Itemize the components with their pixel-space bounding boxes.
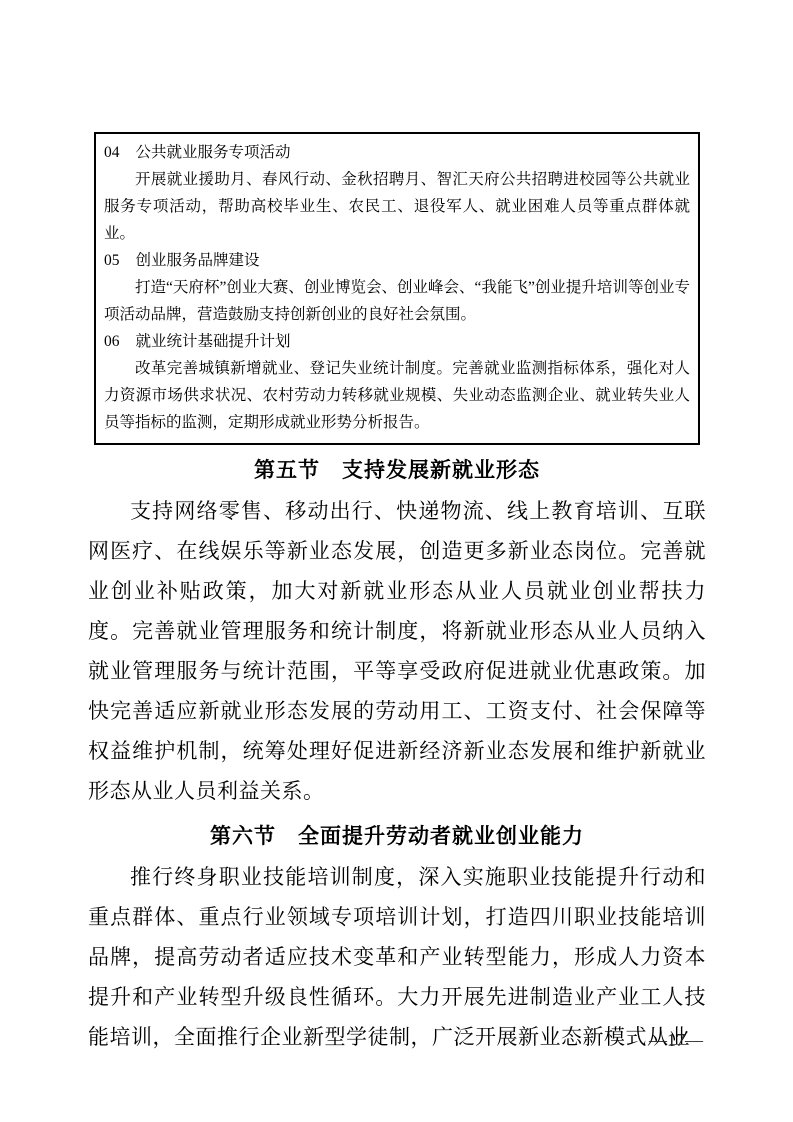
box-item-body: 改革完善城镇新增就业、登记失业统计制度。完善就业监测指标体系，强化对人力资源市场… [104,355,690,436]
box-item-number: 04 [104,139,120,166]
box-item-label: 创业服务品牌建设 [136,252,260,269]
document-content: 04公共就业服务专项活动 开展就业援助月、春风行动、金秋招聘月、智汇天府公共招聘… [88,132,706,1057]
document-page: 04公共就业服务专项活动 开展就业援助月、春风行动、金秋招聘月、智汇天府公共招聘… [0,0,793,1122]
section-6-paragraph: 推行终身职业技能培训制度，深入实施职业技能提升行动和重点群体、重点行业领域专项培… [88,857,706,1057]
box-item-title: 05创业服务品牌建设 [104,247,690,274]
box-item-number: 05 [104,247,120,274]
box-item-title: 04公共就业服务专项活动 [104,139,690,166]
section-5-heading: 第五节 支持发展新就业形态 [88,451,706,491]
box-item-label: 公共就业服务专项活动 [136,144,291,161]
callout-box: 04公共就业服务专项活动 开展就业援助月、春风行动、金秋招聘月、智汇天府公共招聘… [94,132,700,445]
section-6-heading: 第六节 全面提升劳动者就业创业能力 [88,817,706,857]
page-number: —17— [649,1028,703,1052]
box-item-body: 打造“天府杯”创业大赛、创业博览会、创业峰会、“我能飞”创业提升培训等创业专项活… [104,274,690,328]
box-item-body: 开展就业援助月、春风行动、金秋招聘月、智汇天府公共招聘进校园等公共就业服务专项活… [104,166,690,247]
box-item-label: 就业统计基础提升计划 [136,333,291,350]
section-5-paragraph: 支持网络零售、移动出行、快递物流、线上教育培训、互联网医疗、在线娱乐等新业态发展… [88,491,706,811]
box-item-number: 06 [104,328,120,355]
box-item: 06就业统计基础提升计划 改革完善城镇新增就业、登记失业统计制度。完善就业监测指… [104,328,690,436]
box-item: 05创业服务品牌建设 打造“天府杯”创业大赛、创业博览会、创业峰会、“我能飞”创… [104,247,690,328]
box-item: 04公共就业服务专项活动 开展就业援助月、春风行动、金秋招聘月、智汇天府公共招聘… [104,139,690,247]
box-item-title: 06就业统计基础提升计划 [104,328,690,355]
